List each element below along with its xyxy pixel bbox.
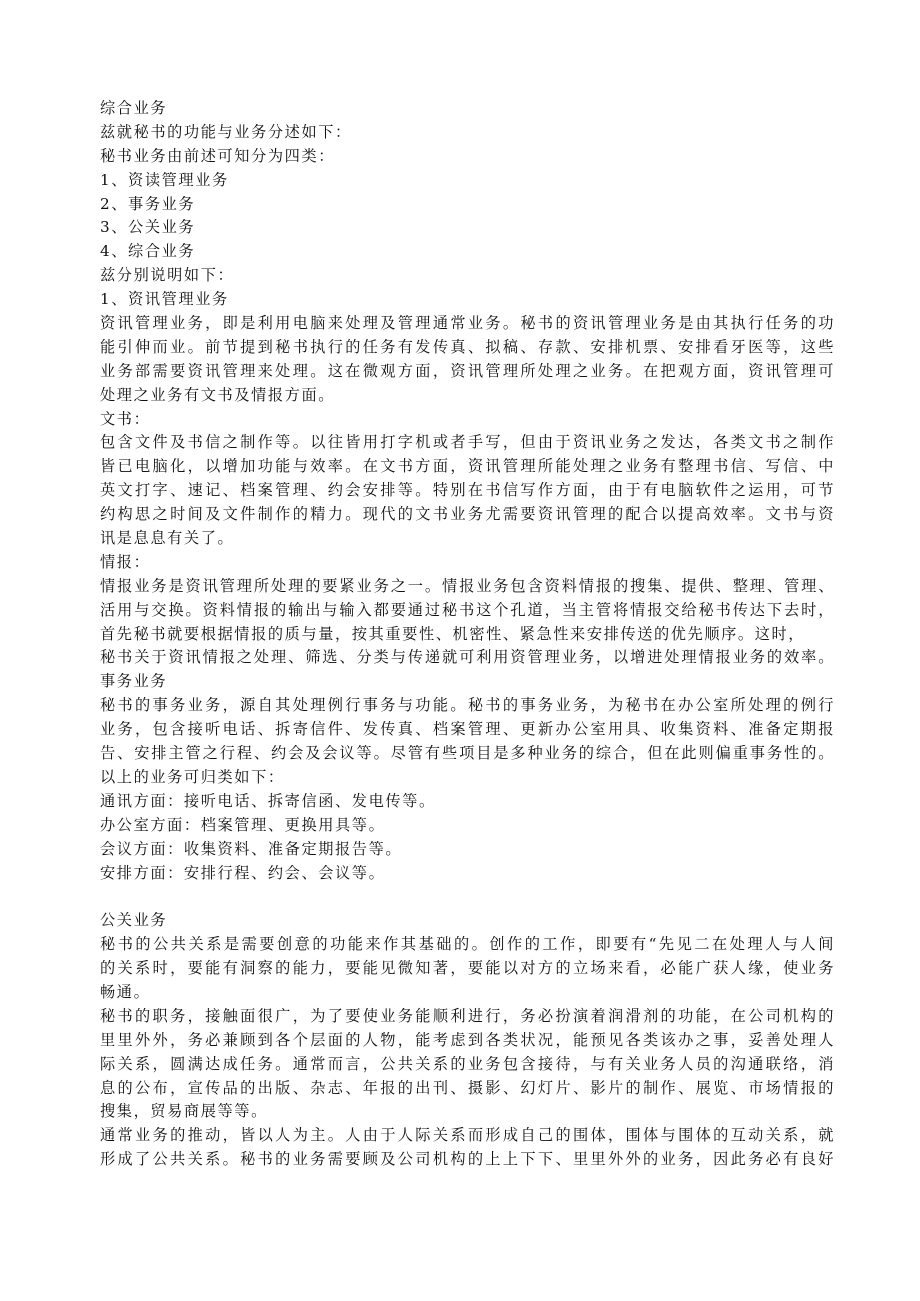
paragraph-line: 能引伸而业。前节提到秘书执行的任务有发传真、拟稿、存款、安排机票、安排看牙医等，… [100,336,835,360]
paragraph-line: 处理之业务有文书及情报方面。 [100,384,835,408]
paragraph-line: 里里外外，务必兼顾到各个层面的人物，能考虑到各类状况，能预见各类该办之事，妥善处… [100,1029,835,1053]
paragraph-public-relations-3: 通常业务的推动，皆以人为主。人由于人际关系而形成自己的围体，围体与围体的互动关系… [100,1124,835,1172]
paragraph-line: 英文打字、速记、档案管理、约会安排等。特别在书信写作方面，由于有电脑软件之运用，… [100,479,835,503]
paragraph-info-management: 资讯管理业务，即是利用电脑来处理及管理通常业务。秘书的资讯管理业务是由其执行任务… [100,312,835,408]
category-item: 3、公关业务 [100,216,835,240]
paragraph-intelligence: 情报业务是资讯管理所处理的要紧业务之一。情报业务包含资料情报的搜集、提供、整理、… [100,575,835,671]
paragraph-line: 息的公布，宣传品的出版、杂志、年报的出刊、摄影、幻灯片、影片的制作、展览、市场情… [100,1077,835,1101]
paragraph-line: 通常业务的推动，皆以人为主。人由于人际关系而形成自己的围体，围体与围体的互动关系… [100,1124,835,1148]
paragraph-line: 秘书的职务，接触面很广，为了要使业务能顺利进行，务必扮演着润滑剂的功能，在公司机… [100,1005,835,1029]
summary-item: 办公室方面：档案管理、更换用具等。 [100,814,835,838]
section-heading-documents: 文书： [100,408,835,432]
paragraph-line: 资讯管理业务，即是利用电脑来处理及管理通常业务。秘书的资讯管理业务是由其执行任务… [100,312,835,336]
paragraph-line: 活用与交换。资料情报的输出与输入都要通过秘书这个孔道，当主管将情报交给秘书传达下… [100,599,835,623]
intro-line: 兹就秘书的功能与业务分述如下： [100,121,835,145]
intro-line: 秘书业务由前述可知分为四类： [100,145,835,169]
section-heading-intelligence: 情报： [100,551,835,575]
paragraph-line: 秘书关于资讯情报之处理、筛选、分类与传递就可利用资管理业务，以增进处理情报业务的… [100,646,835,670]
section-heading-public-relations: 公关业务 [100,909,835,933]
summary-intro: 以上的业务可归类如下： [100,766,835,790]
paragraph-line: 秘书的事务业务，源自其处理例行事务与功能。秘书的事务业务，为秘书在办公室所处理的… [100,694,835,718]
paragraph-public-relations-2: 秘书的职务，接触面很广，为了要使业务能顺利进行，务必扮演着润滑剂的功能，在公司机… [100,1005,835,1124]
paragraph-line: 业务部需要资讯管理来处理。这在微观方面，资讯管理所处理之业务。在把观方面，资讯管… [100,360,835,384]
paragraph-line: 首先秘书就要根据情报的质与量，按其重要性、机密性、紧急性来安排传送的优先顺序。这… [100,623,835,647]
category-item: 4、综合业务 [100,240,835,264]
summary-item: 会议方面：收集资料、准备定期报告等。 [100,838,835,862]
section-heading-affairs: 事务业务 [100,670,835,694]
paragraph-line: 际关系，圆满达成任务。通常而言，公共关系的业务包含接待，与有关业务人员的沟通联络… [100,1053,835,1077]
paragraph-line: 讯是息息有关了。 [100,527,835,551]
paragraph-line: 秘书的公共关系是需要创意的功能来作其基础的。创作的工作，即要有“先见二在处理人与… [100,933,835,957]
paragraph-line: 业务，包含接听电话、拆寄信件、发传真、档案管理、更新办公室用具、收集资料、准备定… [100,718,835,742]
paragraph-line: 情报业务是资讯管理所处理的要紧业务之一。情报业务包含资料情报的搜集、提供、整理、… [100,575,835,599]
paragraph-line: 告、安排主管之行程、约会及会议等。尽管有些项目是多种业务的综合，但在此则偏重事务… [100,742,835,766]
paragraph-line: 的关系时，要能有洞察的能力，要能见微知著，要能以对方的立场来看，必能广获人缘，使… [100,957,835,981]
paragraph-line: 形成了公共关系。秘书的业务需要顾及公司机构的上上下下、里里外外的业务，因此务必有… [100,1148,835,1172]
paragraph-affairs: 秘书的事务业务，源自其处理例行事务与功能。秘书的事务业务，为秘书在办公室所处理的… [100,694,835,766]
paragraph-line: 畅通。 [100,981,835,1005]
paragraph-line: 搜集，贸易商展等等。 [100,1100,835,1124]
document-page: 综合业务 兹就秘书的功能与业务分述如下： 秘书业务由前述可知分为四类： 1、资读… [100,97,835,1172]
paragraph-line: 包含文件及书信之制作等。以往皆用打字机或者手写，但由于资讯业务之发达，各类文书之… [100,431,835,455]
summary-item: 通讯方面：接听电话、拆寄信函、发电传等。 [100,790,835,814]
paragraph-line: 皆已电脑化，以增加功能与效率。在文书方面，资讯管理所能处理之业务有整理书信、写信… [100,455,835,479]
paragraph-documents: 包含文件及书信之制作等。以往皆用打字机或者手写，但由于资讯业务之发达，各类文书之… [100,431,835,550]
blank-line [100,885,835,909]
paragraph-public-relations-1: 秘书的公共关系是需要创意的功能来作其基础的。创作的工作，即要有“先见二在处理人与… [100,933,835,1005]
paragraph-line: 约构思之时间及文件制作的精力。现代的文书业务尤需要资讯管理的配合以提高效率。文书… [100,503,835,527]
explain-intro: 兹分别说明如下： [100,264,835,288]
category-item: 1、资读管理业务 [100,169,835,193]
category-item: 2、事务业务 [100,193,835,217]
section-heading-info-management: 1、资讯管理业务 [100,288,835,312]
document-title: 综合业务 [100,97,835,121]
summary-item: 安排方面：安排行程、约会、会议等。 [100,862,835,886]
